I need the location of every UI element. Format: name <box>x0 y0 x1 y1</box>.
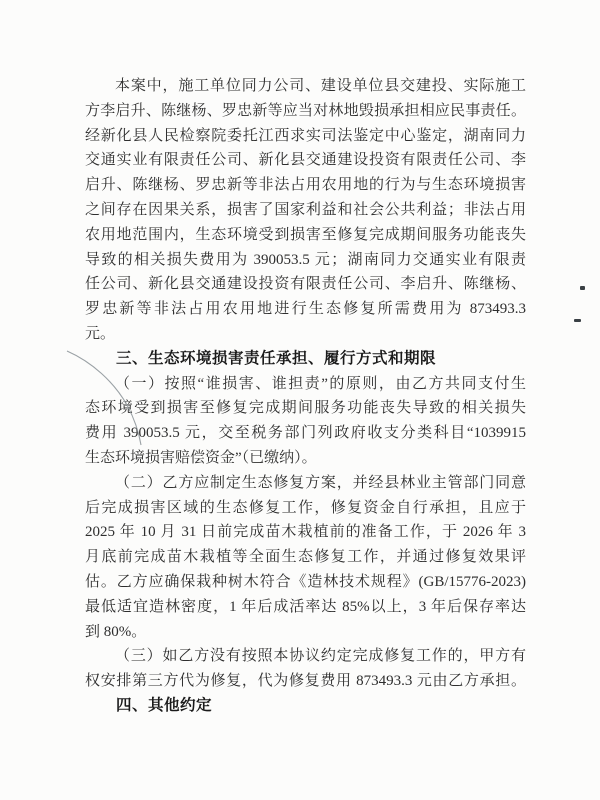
case-liability-line-5: 启升、陈继杨、罗忠新等非法占用农用地的行为与生态环境损害 <box>85 173 526 198</box>
scan-speck-bottom <box>574 319 581 322</box>
case-liability-line-6: 之间存在因果关系，损害了国家利益和社会公共利益；非法占用 <box>85 198 526 223</box>
case-liability-line-9: 任公司、新化县交通建设投资有限责任公司、李启升、陈继杨、 <box>85 272 526 297</box>
clause-2-restoration-line-4: 月底前完成苗木栽植等全面生态修复工作，并通过修复效果评 <box>85 545 526 570</box>
case-liability-line-4: 交通实业有限责任公司、新化县交通建设投资有限责任公司、李 <box>85 148 526 173</box>
clause-2-restoration-line-3: 2025 年 10 月 31 日前完成苗木栽植前的准备工作，于 2026 年 3 <box>85 520 526 545</box>
clause-2-restoration-line-5: 估。乙方应确保栽种树木符合《造林技术规程》(GB/15776-2023) <box>85 570 526 595</box>
scanned-document-page: 本案中，施工单位同力公司、建设单位县交建投、实际施工 方李启升、陈继杨、罗忠新等… <box>0 0 600 800</box>
clause-3-default-line-1: （三）如乙方没有按照本协议约定完成修复工作的，甲方有 <box>85 644 526 669</box>
case-liability-line-2: 方李启升、陈继杨、罗忠新等应当对林地毁损承担相应民事责任。 <box>85 99 526 124</box>
clause-2-restoration-line-1: （二）乙方应制定生态修复方案，并经县林业主管部门同意 <box>85 471 526 496</box>
section-4-heading: 四、其他约定 <box>85 694 526 719</box>
document-body: 本案中，施工单位同力公司、建设单位县交建投、实际施工 方李启升、陈继杨、罗忠新等… <box>85 74 526 719</box>
clause-1-payment-line-3: 费用 390053.5 元，交至税务部门列政府收支分类科目“1039915 <box>85 421 526 446</box>
clause-3-default-line-2: 权安排第三方代为修复，代为修复费用 873493.3 元由乙方承担。 <box>85 669 526 694</box>
clause-1-payment-line-4: 生态环境损害赔偿资金”（已缴纳）。 <box>85 446 526 471</box>
case-liability-line-7: 农用地范围内，生态环境受到损害至修复完成期间服务功能丧失 <box>85 223 526 248</box>
clause-2-restoration-line-7: 到 80%。 <box>85 620 526 645</box>
case-liability-line-8: 导致的相关损失费用为 390053.5 元；湖南同力交通实业有限责 <box>85 248 526 273</box>
scan-speck-top <box>580 286 585 290</box>
section-3-heading: 三、生态环境损害责任承担、履行方式和期限 <box>85 347 526 372</box>
clause-1-payment-line-1: （一）按照“谁损害、谁担责”的原则，由乙方共同支付生 <box>85 372 526 397</box>
clause-2-restoration-line-2: 后完成损害区域的生态修复工作，修复资金自行承担，且应于 <box>85 496 526 521</box>
case-liability-line-11: 元。 <box>85 322 526 347</box>
case-liability-line-10: 罗忠新等非法占用农用地进行生态修复所需费用为 873493.3 <box>85 297 526 322</box>
clause-1-payment-line-2: 态环境受到损害至修复完成期间服务功能丧失导致的相关损失 <box>85 396 526 421</box>
clause-2-restoration-line-6: 最低适宜造林密度，1 年后成活率达 85%以上，3 年后保存率达 <box>85 595 526 620</box>
case-liability-line-3: 经新化县人民检察院委托江西求实司法鉴定中心鉴定，湖南同力 <box>85 124 526 149</box>
case-liability-line-1: 本案中，施工单位同力公司、建设单位县交建投、实际施工 <box>85 74 526 99</box>
